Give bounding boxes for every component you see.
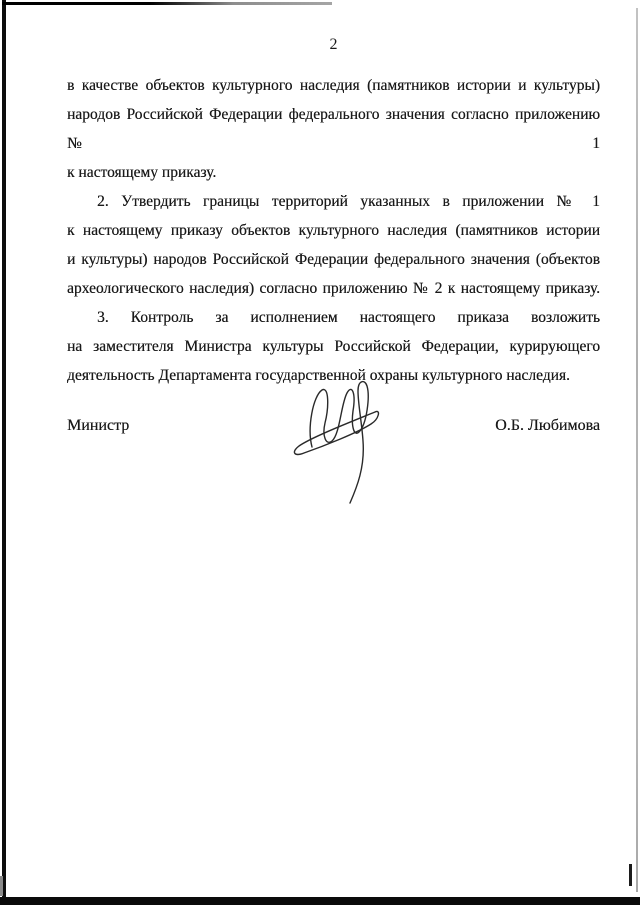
text-line: и культуры) народов Российской Федерации… — [67, 245, 600, 274]
text-line: в качестве объектов культурного наследия… — [67, 71, 600, 100]
document-page: 2 в качестве объектов культурного наслед… — [0, 0, 640, 905]
document-body: в качестве объектов культурного наследия… — [67, 71, 600, 390]
paragraph-1: в качестве объектов культурного наследия… — [67, 71, 600, 187]
text-line: к настоящему приказу. — [67, 158, 600, 187]
text-line: к настоящему приказу объектов культурног… — [67, 216, 600, 245]
text-line: народов Российской Федерации федеральног… — [67, 100, 600, 158]
scan-border-left — [2, 0, 6, 905]
scan-border-top — [2, 2, 332, 5]
signer-name: О.Б. Любимова — [495, 417, 600, 435]
scan-mark-right-dark — [629, 864, 632, 886]
signer-role: Министр — [67, 417, 129, 435]
paragraph-3: 3. Контроль за исполнением настоящего пр… — [67, 303, 600, 390]
text-line: 3. Контроль за исполнением настоящего пр… — [67, 303, 600, 332]
text-line: 2. Утвердить границы территорий указанны… — [67, 187, 600, 216]
scan-border-bottom — [0, 897, 640, 905]
paragraph-2: 2. Утвердить границы территорий указанны… — [67, 187, 600, 303]
scan-smudge-left — [0, 876, 3, 896]
text-line: деятельность Департамента государственно… — [67, 361, 600, 390]
signature-block: Министр О.Б. Любимова — [67, 417, 600, 435]
text-line: на заместителя Министра культуры Российс… — [67, 332, 600, 361]
scan-border-right — [636, 8, 638, 892]
text-line: археологического наследия) согласно прил… — [67, 274, 600, 303]
page-number: 2 — [67, 36, 600, 54]
